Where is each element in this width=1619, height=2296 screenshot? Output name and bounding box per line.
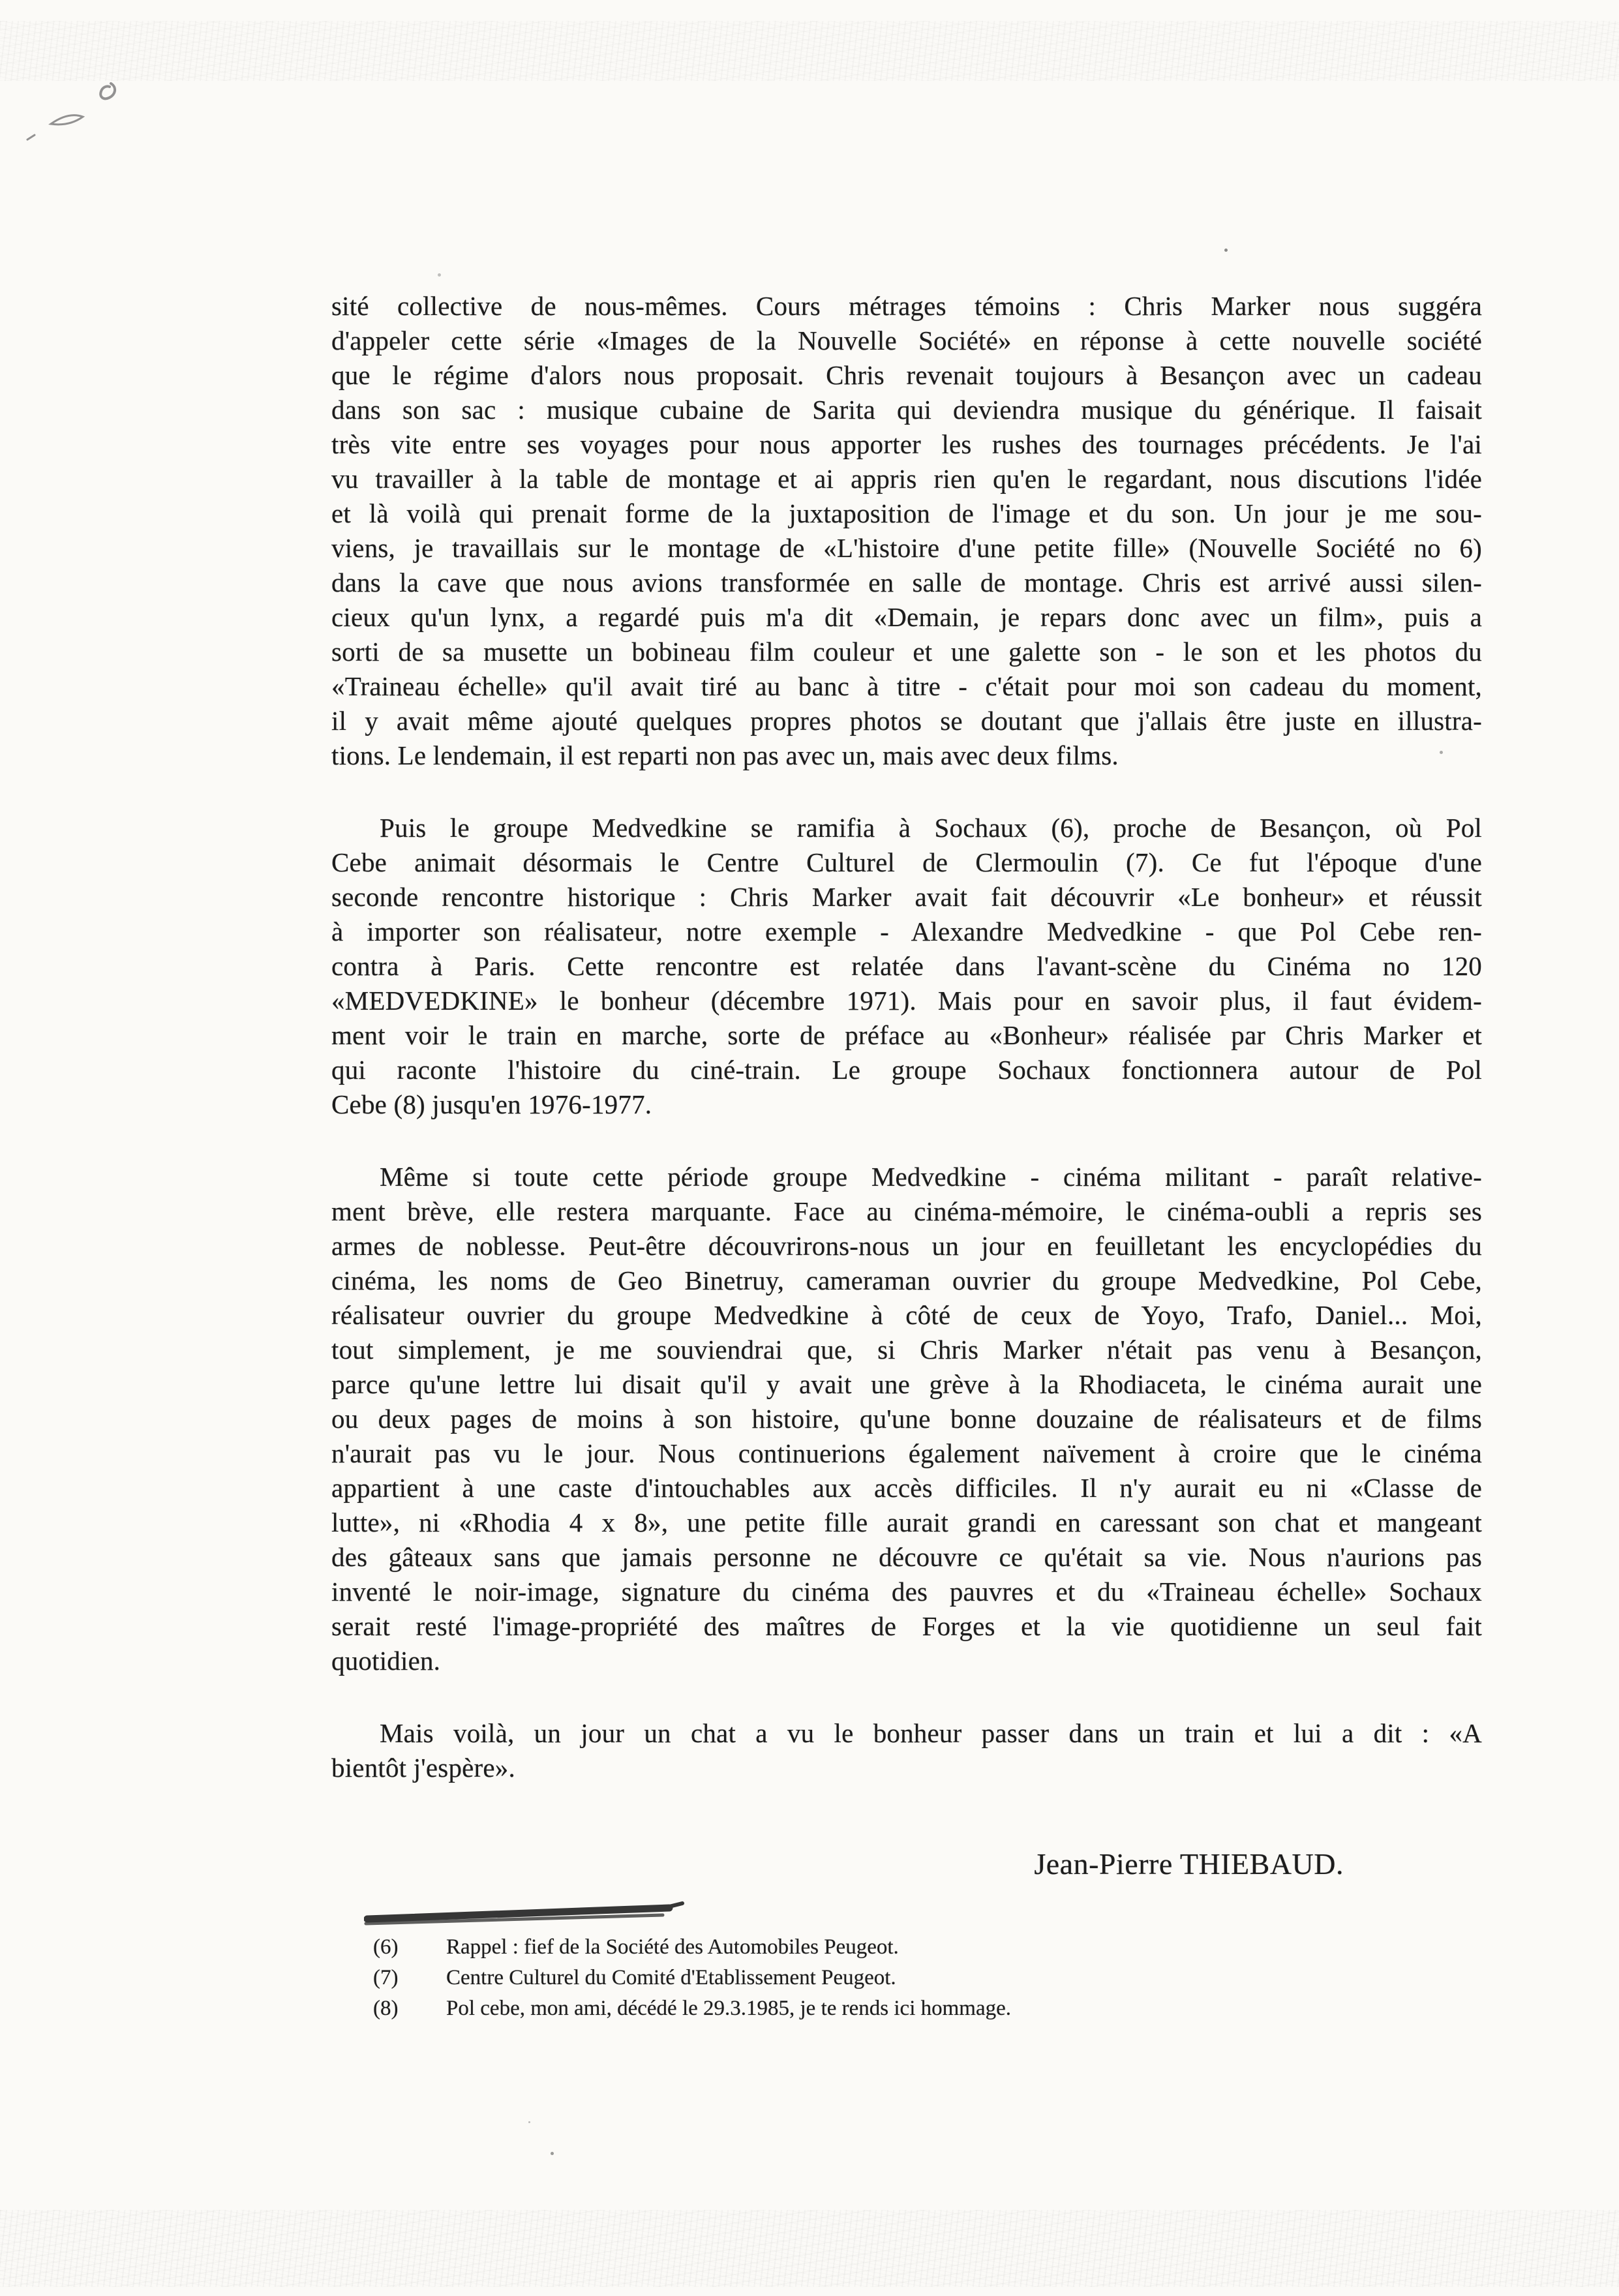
text-line: Cebe animait désormais le Centre Culture… — [331, 845, 1482, 880]
text-line: quotidien. — [331, 1644, 1482, 1678]
text-line: ment brève, elle restera marquante. Face… — [331, 1194, 1482, 1229]
text-line: inventé le noir-image, signature du ciné… — [331, 1575, 1482, 1609]
text-line: viens, je travaillais sur le montage de … — [331, 531, 1482, 566]
footnote-number: (8) — [373, 1997, 446, 2020]
paragraph: Même si toute cette période groupe Medve… — [331, 1160, 1482, 1678]
text-line: cinéma, les noms de Geo Binetruy, camera… — [331, 1263, 1482, 1298]
document-body: sité collective de nous-mêmes. Cours mét… — [331, 289, 1482, 1785]
text-line: sorti de sa musette un bobineau film cou… — [331, 635, 1482, 669]
footnote: (8)Pol cebe, mon ami, décédé le 29.3.198… — [373, 1997, 1391, 2020]
footnote-divider-line — [364, 1899, 690, 1928]
text-line: «MEDVEDKINE» le bonheur (décembre 1971).… — [331, 984, 1482, 1018]
text-line: contra à Paris. Cette rencontre est rela… — [331, 949, 1482, 984]
footnote: (7)Centre Culturel du Comité d'Etablisse… — [373, 1967, 1391, 1989]
text-line: bientôt j'espère». — [331, 1751, 1482, 1785]
text-line: Cebe (8) jusqu'en 1976-1977. — [331, 1087, 1482, 1122]
footnote: (6)Rappel : fief de la Société des Autom… — [373, 1936, 1391, 1959]
scanned-document-page: sité collective de nous-mêmes. Cours mét… — [0, 0, 1619, 2296]
footnote-number: (6) — [373, 1936, 446, 1959]
text-line: serait resté l'image-propriété des maîtr… — [331, 1609, 1482, 1644]
text-line: des gâteaux sans que jamais personne ne … — [331, 1540, 1482, 1575]
footnote-text: Centre Culturel du Comité d'Etablissemen… — [446, 1967, 1391, 1989]
text-line: Mais voilà, un jour un chat a vu le bonh… — [331, 1716, 1482, 1751]
paragraph: Puis le groupe Medvedkine se ramifia à S… — [331, 811, 1482, 1122]
footnotes: (6)Rappel : fief de la Société des Autom… — [373, 1936, 1391, 2028]
signature: Jean-Pierre THIEBAUD. — [691, 1846, 1344, 1882]
text-line: réalisateur ouvrier du groupe Medvedkine… — [331, 1298, 1482, 1333]
scan-noise-bottom — [0, 2210, 1619, 2287]
text-line: tout simplement, je me souviendrai que, … — [331, 1333, 1482, 1367]
footnote-text: Rappel : fief de la Société des Automobi… — [446, 1936, 1391, 1959]
paragraph: sité collective de nous-mêmes. Cours mét… — [331, 289, 1482, 773]
text-line: il y avait même ajouté quelques propres … — [331, 704, 1482, 738]
text-line: parce qu'une lettre lui disait qu'il y a… — [331, 1367, 1482, 1402]
text-line: n'aurait pas vu le jour. Nous continueri… — [331, 1436, 1482, 1471]
text-line: Puis le groupe Medvedkine se ramifia à S… — [331, 811, 1482, 845]
text-line: qui raconte l'histoire du ciné-train. Le… — [331, 1053, 1482, 1087]
text-line: tions. Le lendemain, il est reparti non … — [331, 738, 1482, 773]
text-line: dans la cave que nous avions transformée… — [331, 566, 1482, 600]
text-line: «Traineau échelle» qu'il avait tiré au b… — [331, 669, 1482, 704]
text-line: très vite entre ses voyages pour nous ap… — [331, 427, 1482, 462]
footnote-number: (7) — [373, 1967, 446, 1989]
text-line: dans son sac : musique cubaine de Sarita… — [331, 393, 1482, 427]
scan-noise-top — [0, 21, 1619, 81]
text-line: que le régime d'alors nous proposait. Ch… — [331, 358, 1482, 393]
text-line: Même si toute cette période groupe Medve… — [331, 1160, 1482, 1194]
text-line: lutte», ni «Rhodia 4 x 8», une petite fi… — [331, 1505, 1482, 1540]
text-line: armes de noblesse. Peut-être découvriron… — [331, 1229, 1482, 1263]
footnote-text: Pol cebe, mon ami, décédé le 29.3.1985, … — [446, 1997, 1391, 2020]
pencil-scribble — [14, 60, 151, 171]
paragraph: Mais voilà, un jour un chat a vu le bonh… — [331, 1716, 1482, 1785]
text-line: cieux qu'un lynx, a regardé puis m'a dit… — [331, 600, 1482, 635]
text-line: à importer son réalisateur, notre exempl… — [331, 914, 1482, 949]
text-line: vu travailler à la table de montage et a… — [331, 462, 1482, 496]
text-line: appartient à une caste d'intouchables au… — [331, 1471, 1482, 1505]
text-line: sité collective de nous-mêmes. Cours mét… — [331, 289, 1482, 324]
text-line: seconde rencontre historique : Chris Mar… — [331, 880, 1482, 914]
text-line: ment voir le train en marche, sorte de p… — [331, 1018, 1482, 1053]
text-line: ou deux pages de moins à son histoire, q… — [331, 1402, 1482, 1436]
text-line: d'appeler cette série «Images de la Nouv… — [331, 324, 1482, 358]
scan-specks — [0, 0, 2, 2]
text-line: et là voilà qui prenait forme de la juxt… — [331, 496, 1482, 531]
